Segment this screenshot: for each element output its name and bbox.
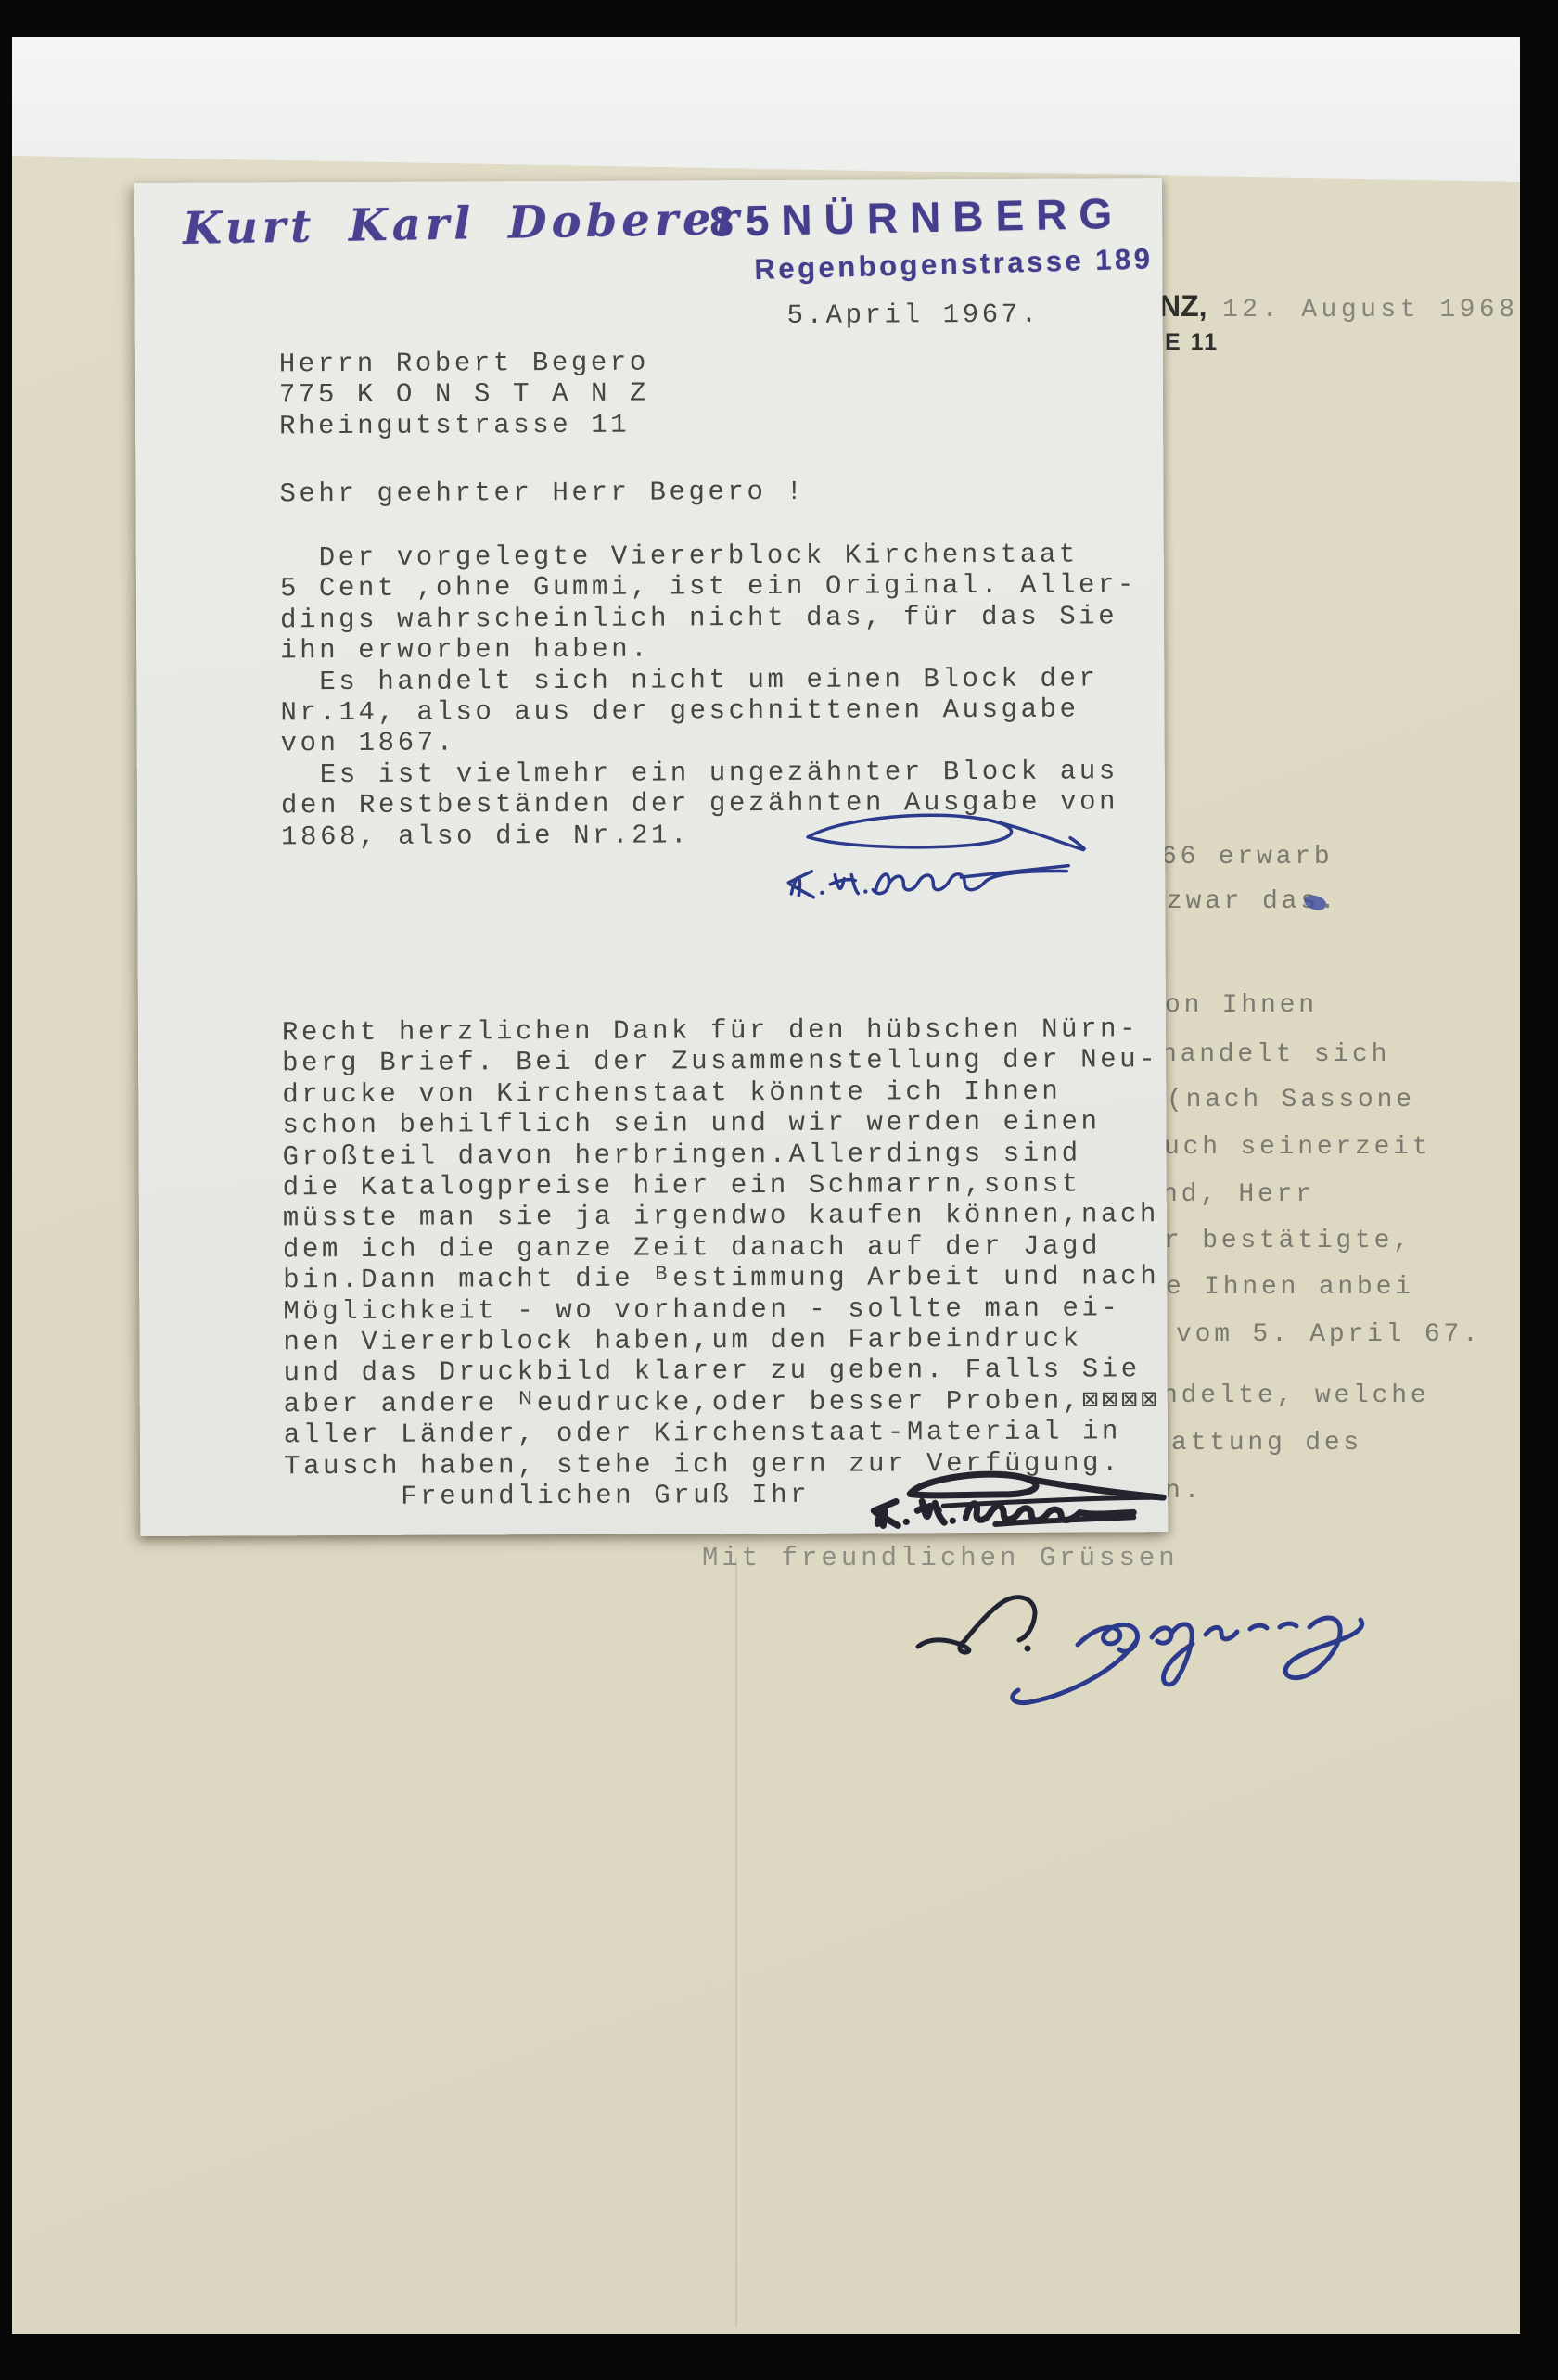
scanned-album-page: NZ, 12. August 1968 E 11 66 erwarb zwar … (0, 0, 1558, 2380)
body-fragment: ndelte, welche (1162, 1381, 1429, 1411)
body-fragment: attung des (1171, 1428, 1362, 1458)
signature-begero (909, 1585, 1382, 1725)
salutation: Sehr geehrter Herr Begero ! (279, 477, 805, 510)
signature-doberer-ink (777, 797, 1103, 922)
body-paragraph-2: Recht herzlichen Dank für den hübschen N… (282, 1013, 1161, 1513)
letter-1968-date-fragment: 12. August 1968 (1222, 295, 1519, 325)
signature-doberer-bold (854, 1456, 1179, 1536)
body-fragment: nd, Herr (1162, 1179, 1315, 1210)
closing-line: Mit freundlichen Grüssen (702, 1543, 1179, 1573)
body-fragment: on Ihnen (1165, 990, 1318, 1021)
letterhead-fragment-city: NZ, (1159, 289, 1207, 324)
recipient-address: Herrn Robert Begero 775 K O N S T A N Z … (279, 348, 649, 442)
letterhead-city-stamp: 85NÜRNBERG (709, 188, 1125, 247)
letterhead-street-stamp: Regenbogenstrasse 189 (754, 242, 1154, 286)
body-fragment: handelt sich (1161, 1039, 1390, 1070)
letterhead-fragment-street: E 11 (1165, 329, 1219, 356)
body-fragment: r bestätigte, (1164, 1226, 1412, 1256)
body-fragment: (nach Sassone (1167, 1085, 1415, 1115)
paper-crease (735, 1558, 737, 2327)
letterhead-name-stamp: Kurt Karl Doberer (183, 193, 745, 255)
letter-date: 5.April 1967. (787, 299, 1041, 332)
body-fragment: vom 5. April 67. (1176, 1319, 1482, 1350)
body-fragment: e Ihnen anbei (1166, 1272, 1414, 1303)
letter-1967-page: Kurt Karl Doberer 85NÜRNBERG Regenbogens… (134, 178, 1168, 1536)
body-fragment: 66 erwarb (1161, 842, 1333, 872)
body-fragment: uch seinerzeit (1164, 1132, 1431, 1163)
